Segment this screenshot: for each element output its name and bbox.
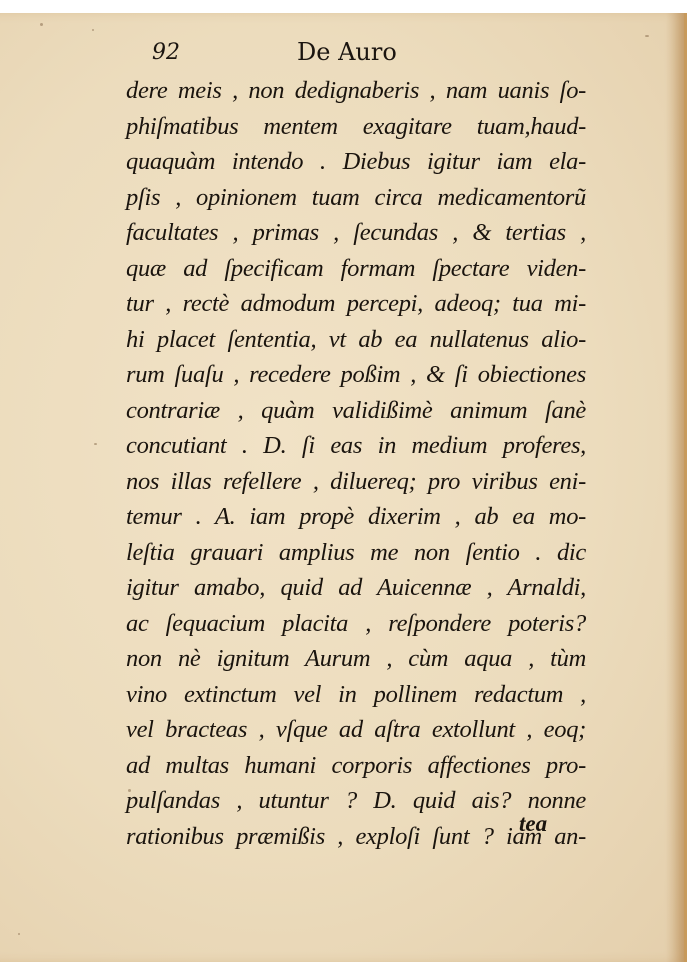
- text-line: phiſmatibus mentem exagitare tuam,haud-: [126, 109, 586, 145]
- text-line: temur . A. iam propè dixerim , ab ea mo-: [126, 499, 586, 535]
- text-line: leſtia grauari amplius me non ſentio . d…: [126, 535, 586, 571]
- text-line: dere meis , non dedignaberis , nam uanis…: [126, 73, 586, 109]
- text-line: ac ſequacium placita , reſpondere poteri…: [126, 606, 586, 642]
- text-line: igitur amabo, quid ad Auicennæ , Arnaldi…: [126, 570, 586, 606]
- text-line: pulſandas , utuntur ? D. quid ais? nonne: [126, 783, 586, 819]
- running-title: De Auro: [297, 38, 397, 66]
- paper-speck: [645, 35, 649, 37]
- text-line: rum ſuaſu , recedere poßim , & ſi obiect…: [126, 357, 586, 393]
- text-line: quaquàm intendo . Diebus igitur iam ela-: [126, 144, 586, 180]
- body-text: dere meis , non dedignaberis , nam uanis…: [126, 73, 586, 854]
- text-line: concutiant . D. ſi eas in medium profere…: [126, 428, 586, 464]
- text-line: contrariæ , quàm validißimè animum ſanè: [126, 393, 586, 429]
- text-line: non nè ignitum Aurum , cùm aqua , tùm: [126, 641, 586, 677]
- book-page: 92 De Auro dere meis , non dedignaberis …: [0, 13, 687, 962]
- text-line: hi placet ſententia, vt ab ea nullatenus…: [126, 322, 586, 358]
- text-line: nos illas refellere , diluereq; pro viri…: [126, 464, 586, 500]
- paper-speck: [94, 443, 97, 445]
- text-line: vino extinctum vel in pollinem redactum …: [126, 677, 586, 713]
- text-line: vel bracteas , vſque ad aſtra extollunt …: [126, 712, 586, 748]
- text-line: tur , rectè admodum percepi, adeoq; tua …: [126, 286, 586, 322]
- paper-speck: [40, 23, 43, 26]
- paper-speck: [92, 29, 94, 31]
- page-number: 92: [152, 40, 180, 65]
- text-line: ad multas humani corporis affectiones pr…: [126, 748, 586, 784]
- catchword: tea: [519, 811, 547, 837]
- text-line: rationibus præmißis , exploſi ſunt ? iam…: [126, 819, 586, 855]
- text-line: pſis , opinionem tuam circa medicamentor…: [126, 180, 586, 216]
- page-edge-shadow: [666, 13, 684, 962]
- text-line: facultates , primas , ſecundas , & terti…: [126, 215, 586, 251]
- running-head: 92 De Auro: [0, 38, 684, 68]
- text-line: quæ ad ſpecificam formam ſpectare viden-: [126, 251, 586, 287]
- paper-speck: [18, 933, 20, 935]
